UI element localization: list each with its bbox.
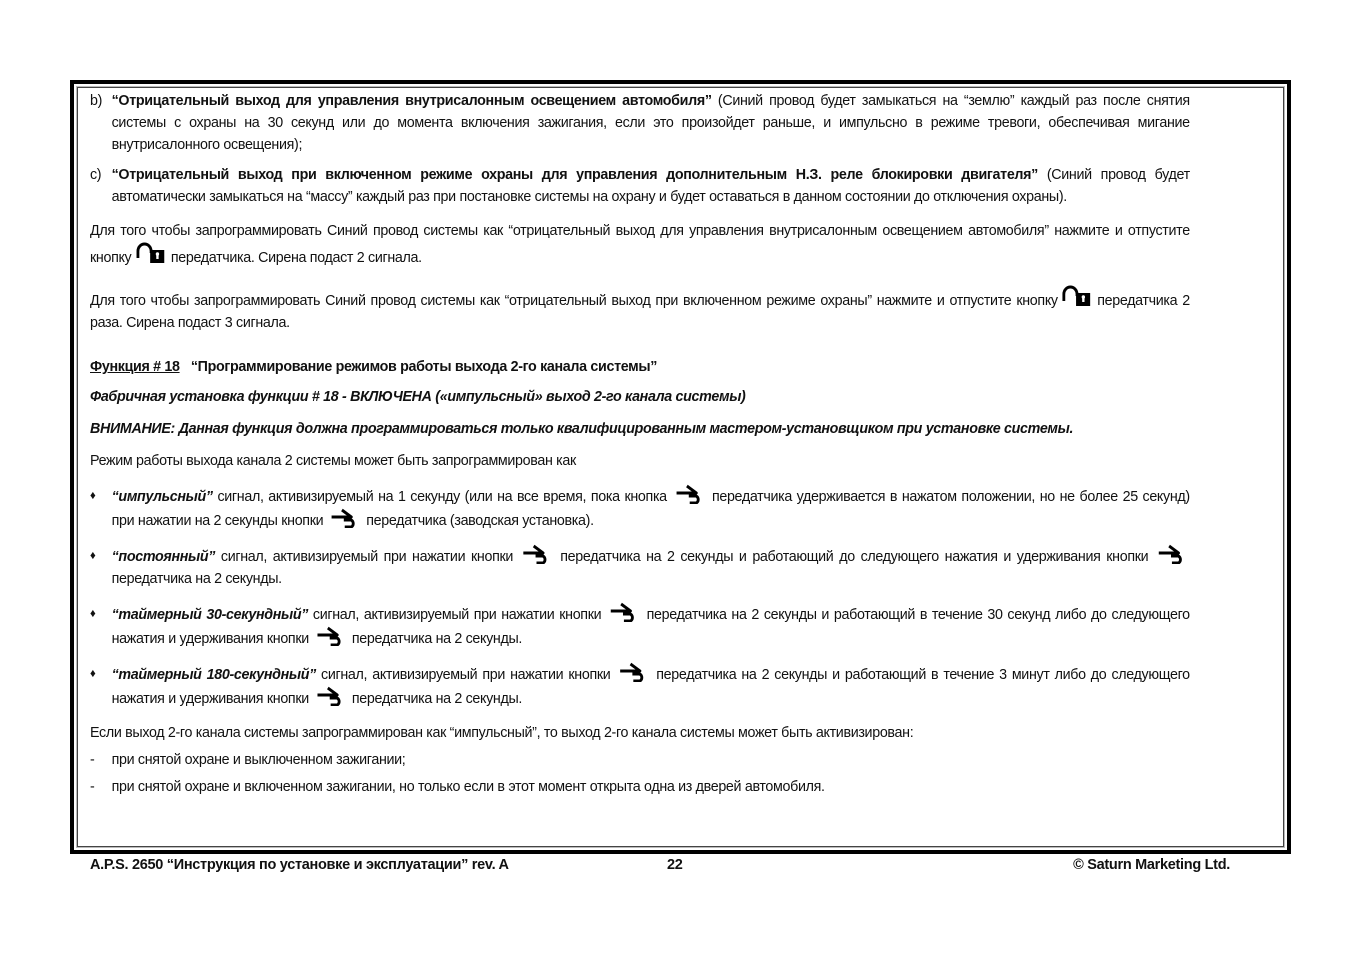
option-b: b) “Отрицательный выход для управления в… <box>90 90 1190 156</box>
mode-description: “таймерный 180-секундный” сигнал, активи… <box>112 662 1190 710</box>
channel-2-icon <box>316 626 344 646</box>
mode-list-item: ♦“таймерный 180-секундный” сигнал, актив… <box>90 662 1190 710</box>
option-body: “Отрицательный выход для управления внут… <box>112 90 1190 156</box>
unlock-icon <box>1061 285 1093 307</box>
dash-marker: - <box>90 776 112 798</box>
mode-text: сигнал, активизируемый при нажатии кнопк… <box>308 606 606 623</box>
bullet-diamond-icon: ♦ <box>90 602 112 650</box>
channel-2-icon <box>610 602 638 622</box>
option-marker: c) <box>90 164 112 208</box>
channel-2-icon <box>1158 544 1186 564</box>
program-instruction-2: Для того чтобы запрограммировать Синий п… <box>90 285 1190 334</box>
page-content: b) “Отрицательный выход для управления в… <box>90 90 1190 803</box>
instruction-text: передатчика. Сирена подаст 2 сигнала. <box>171 249 422 266</box>
channel-2-icon <box>316 686 344 706</box>
mode-text: передатчика на 2 секунды. <box>348 630 522 647</box>
modes-list: ♦“импульсный” сигнал, активизируемый на … <box>90 484 1190 710</box>
copyright: © Saturn Marketing Ltd. <box>1073 857 1230 873</box>
mode-text: сигнал, активизируемый при нажатии кнопк… <box>215 548 519 565</box>
mode-text: передатчика (заводская установка). <box>363 512 594 529</box>
program-instruction-1: Для того чтобы запрограммировать Синий п… <box>90 220 1190 269</box>
mode-description: “таймерный 30-секундный” сигнал, активиз… <box>112 602 1190 650</box>
mode-text: передатчика на 2 секунды. <box>112 570 282 587</box>
condition-list-item: -при снятой охране и выключенном зажиган… <box>90 749 1190 771</box>
dash-marker: - <box>90 749 112 771</box>
mode-name: “постоянный” <box>112 548 216 565</box>
page-footer: A.P.S. 2650 “Инструкция по установке и э… <box>90 857 1230 877</box>
channel-2-icon <box>675 484 703 504</box>
factory-setting: Фабричная установка функции # 18 - ВКЛЮЧ… <box>90 386 1190 408</box>
pulse-note: Если выход 2-го канала системы запрограм… <box>90 722 1190 744</box>
option-marker: b) <box>90 90 112 156</box>
bullet-diamond-icon: ♦ <box>90 662 112 710</box>
function-number: Функция # 18 <box>90 358 180 375</box>
mode-list-item: ♦“постоянный” сигнал, активизируемый при… <box>90 544 1190 590</box>
channel-2-icon <box>619 662 647 682</box>
mode-text: передатчика на 2 секунды и работающий до… <box>555 548 1155 565</box>
page-number: 22 <box>667 857 683 873</box>
mode-list-item: ♦“импульсный” сигнал, активизируемый на … <box>90 484 1190 532</box>
channel-2-icon <box>523 544 551 564</box>
mode-name: “импульсный” <box>112 488 213 505</box>
condition-text: при снятой охране и выключенном зажигани… <box>112 749 406 771</box>
function-title: “Программирование режимов работы выхода … <box>191 358 657 375</box>
mode-name: “таймерный 180-секундный” <box>112 666 316 683</box>
bullet-diamond-icon: ♦ <box>90 544 112 590</box>
mode-list-item: ♦“таймерный 30-секундный” сигнал, активи… <box>90 602 1190 650</box>
function-heading: Функция # 18“Программирование режимов ра… <box>90 356 1190 378</box>
conditions-list: -при снятой охране и выключенном зажиган… <box>90 749 1190 798</box>
channel-2-icon <box>331 508 359 528</box>
document-title: A.P.S. 2650 “Инструкция по установке и э… <box>90 857 509 873</box>
intro-text: Режим работы выхода канала 2 системы мож… <box>90 450 1190 472</box>
option-title: “Отрицательный выход при включенном режи… <box>112 166 1038 183</box>
mode-description: “импульсный” сигнал, активизируемый на 1… <box>112 484 1190 532</box>
condition-list-item: -при снятой охране и включенном зажигани… <box>90 776 1190 798</box>
condition-text: при снятой охране и включенном зажигании… <box>112 776 825 798</box>
instruction-text: Для того чтобы запрограммировать Синий п… <box>90 292 1058 309</box>
option-c: c) “Отрицательный выход при включенном р… <box>90 164 1190 208</box>
mode-text: сигнал, активизируемый на 1 секунду (или… <box>213 488 672 505</box>
bullet-diamond-icon: ♦ <box>90 484 112 532</box>
option-title: “Отрицательный выход для управления внут… <box>112 92 712 109</box>
mode-text: сигнал, активизируемый при нажатии кнопк… <box>316 666 616 683</box>
unlock-icon <box>135 242 167 264</box>
mode-text: передатчика на 2 секунды. <box>348 690 522 707</box>
mode-description: “постоянный” сигнал, активизируемый при … <box>112 544 1190 590</box>
option-body: “Отрицательный выход при включенном режи… <box>112 164 1190 208</box>
mode-name: “таймерный 30-секундный” <box>112 606 308 623</box>
warning-text: ВНИМАНИЕ: Данная функция должна программ… <box>90 418 1190 440</box>
